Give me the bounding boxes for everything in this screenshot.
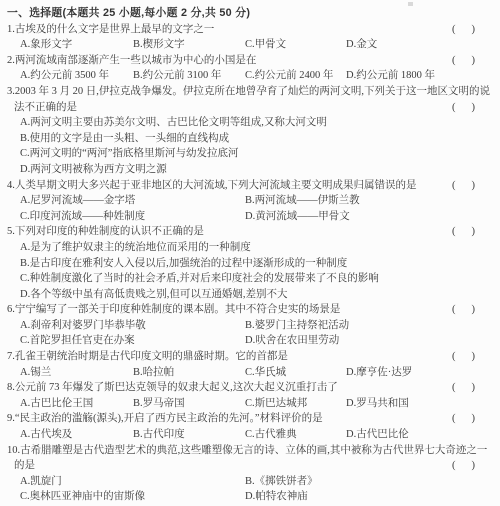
answer-bracket: () [452, 302, 493, 318]
option-c: C.甲骨文 [245, 37, 346, 53]
option-c: C.斯巴达城邦 [245, 396, 346, 412]
bracket-close-paren: ) [472, 351, 476, 362]
question-stem: 7.孔雀王朝统治时期是古代印度文明的鼎盛时期。它的首都是 [7, 349, 452, 365]
options-row: A.象形文字 B.楔形文字 C.甲骨文 D.金文 [7, 37, 493, 53]
question-stem: 9.“民主政治的滥觞(源头),开启了西方民主政治的先河。”材料评价的是 [7, 411, 452, 427]
question-1: 1.古埃及的什么文字是世界上最早的文字之一 () A.象形文字 B.楔形文字 C… [7, 22, 493, 53]
bracket-open-paren: ( [452, 102, 456, 113]
bracket-close-paren: ) [472, 304, 476, 315]
option-a: A.尼罗河流域——金字塔 [20, 193, 245, 209]
question-stem: 8.公元前 73 年爆发了斯巴达克领导的奴隶大起义,这次大起义沉重打击了 [7, 380, 452, 396]
option-b: B.婆罗门主持祭祀活动 [245, 318, 493, 334]
option-d: D.罗马共和国 [346, 396, 493, 412]
option-c: C.两河文明的“两河”指底格里斯河与幼发拉底河 [7, 146, 493, 162]
option-c: C.首陀罗担任官吏在办案 [20, 333, 245, 349]
question-10: 10.古希腊雕塑是古代造型艺术的典范,这些雕塑像无言的诗、立体的画,其中被称为古… [7, 443, 493, 505]
section-header: 一、选择题(本题共 25 小题,每小题 2 分,共 50 分) [7, 6, 493, 22]
option-a: A.凯旋门 [20, 474, 245, 490]
answer-bracket: () [452, 178, 493, 194]
question-stem: 1.古埃及的什么文字是世界上最早的文字之一 [7, 22, 452, 38]
option-b: B.哈拉帕 [133, 365, 245, 381]
options-row: A.古代埃及 B.古代印度 C.古代雅典 D.古代巴比伦 [7, 427, 493, 443]
bracket-open-paren: ( [452, 180, 456, 191]
bracket-open-paren: ( [452, 304, 456, 315]
option-d: D.黄河流域——甲骨文 [245, 209, 493, 225]
bracket-close-paren: ) [472, 460, 476, 471]
option-c: C.印度河流域——种姓制度 [20, 209, 245, 225]
option-a: A.锡兰 [20, 365, 133, 381]
bracket-close-paren: ) [472, 102, 476, 113]
bracket-open-paren: ( [452, 226, 456, 237]
option-a: A.象形文字 [20, 37, 133, 53]
exam-paper-page: 一、选择题(本题共 25 小题,每小题 2 分,共 50 分) 1.古埃及的什么… [0, 0, 500, 506]
options-row: A.约公元前 3500 年 B.约公元前 3100 年 C.约公元前 2400 … [7, 68, 493, 84]
bracket-open-paren: ( [452, 55, 456, 66]
option-a: A.刹帝利对婆罗门毕恭毕敬 [20, 318, 245, 334]
bracket-open-paren: ( [452, 351, 456, 362]
option-a: A.是为了维护奴隶主的统治地位而采用的一种制度 [7, 240, 493, 256]
option-a: A.两河文明主要由苏美尔文明、古巴比伦文明等组成,又称大河文明 [7, 115, 493, 131]
options-row: A.凯旋门 B.《掷铁饼者》 [7, 474, 493, 490]
option-d: D.吠舍在农田里劳动 [245, 333, 493, 349]
option-d: D.古代巴比伦 [346, 427, 493, 443]
bracket-close-paren: ) [472, 180, 476, 191]
answer-bracket: () [452, 22, 493, 38]
option-b: B.罗马帝国 [133, 396, 245, 412]
options-row: C.印度河流域——种姓制度 D.黄河流域——甲骨文 [7, 209, 493, 225]
bracket-close-paren: ) [472, 226, 476, 237]
options-row: A.刹帝利对婆罗门毕恭毕敬 B.婆罗门主持祭祀活动 [7, 318, 493, 334]
options-row: A.古巴比伦王国 B.罗马帝国 C.斯巴达城邦 D.罗马共和国 [7, 396, 493, 412]
question-stem: 5.下列对印度的种姓制度的认识不正确的是 [7, 224, 452, 240]
answer-bracket: () [452, 349, 493, 365]
option-b: B.楔形文字 [133, 37, 245, 53]
scan-artifact-dot [408, 2, 413, 6]
option-d: D.金文 [346, 37, 493, 53]
answer-bracket: () [452, 100, 493, 116]
option-d: D.帕特农神庙 [245, 489, 493, 505]
question-stem-line1: 10.古希腊雕塑是古代造型艺术的典范,这些雕塑像无言的诗、立体的画,其中被称为古… [7, 443, 493, 459]
answer-bracket: () [452, 224, 493, 240]
option-b: B.约公元前 3100 年 [133, 68, 245, 84]
question-7: 7.孔雀王朝统治时期是古代印度文明的鼎盛时期。它的首都是 () A.锡兰 B.哈… [7, 349, 493, 380]
option-c: C.约公元前 2400 年 [245, 68, 346, 84]
options-row: A.尼罗河流域——金字塔 B.两河流域——伊斯兰教 [7, 193, 493, 209]
option-a: A.古巴比伦王国 [20, 396, 133, 412]
option-b: B.两河流域——伊斯兰教 [245, 193, 493, 209]
option-b: B.是古印度在雅利安人入侵以后,加强统治的过程中逐渐形成的一种制度 [7, 256, 493, 272]
option-d: D.两河文明被称为西方文明之源 [7, 162, 493, 178]
question-3: 3.2003 年 3 月 20 日,伊拉克战争爆发。伊拉克所在地曾孕育了灿烂的两… [7, 84, 493, 178]
bracket-close-paren: ) [472, 55, 476, 66]
bracket-close-paren: ) [472, 24, 476, 35]
option-d: D.各个等级中虽有高低贵贱之别,但可以互通婚姻,差别不大 [7, 287, 493, 303]
option-d: D.摩亨佐·达罗 [346, 365, 493, 381]
question-6: 6.宁宁编写了一部关于印度种姓制度的课本剧。其中不符合史实的场景是 () A.刹… [7, 302, 493, 349]
bracket-open-paren: ( [452, 382, 456, 393]
question-8: 8.公元前 73 年爆发了斯巴达克领导的奴隶大起义,这次大起义沉重打击了 () … [7, 380, 493, 411]
option-c: C.华氏城 [245, 365, 346, 381]
bracket-open-paren: ( [452, 460, 456, 471]
option-b: B.《掷铁饼者》 [245, 474, 493, 490]
bracket-open-paren: ( [452, 413, 456, 424]
question-stem-line1: 3.2003 年 3 月 20 日,伊拉克战争爆发。伊拉克所在地曾孕育了灿烂的两… [7, 84, 493, 100]
answer-bracket: () [452, 458, 493, 474]
question-9: 9.“民主政治的滥觞(源头),开启了西方民主政治的先河。”材料评价的是 () A… [7, 411, 493, 442]
bracket-open-paren: ( [452, 24, 456, 35]
option-d: D.约公元前 1800 年 [346, 68, 493, 84]
bracket-close-paren: ) [472, 413, 476, 424]
answer-bracket: () [452, 53, 493, 69]
option-c: C.古代雅典 [245, 427, 346, 443]
option-c: C.种姓制度激化了当时的社会矛盾,并对后来印度社会的发展带来了不良的影响 [7, 271, 493, 287]
question-stem: 2.两河流域南部逐渐产生一些以城市为中心的小国是在 [7, 53, 452, 69]
answer-bracket: () [452, 380, 493, 396]
option-a: A.古代埃及 [20, 427, 133, 443]
options-row: C.首陀罗担任官吏在办案 D.吠舍在农田里劳动 [7, 333, 493, 349]
option-a: A.约公元前 3500 年 [20, 68, 133, 84]
option-b: B.古代印度 [133, 427, 245, 443]
question-stem: 6.宁宁编写了一部关于印度种姓制度的课本剧。其中不符合史实的场景是 [7, 302, 452, 318]
question-stem: 4.人类早期文明大多兴起于亚非地区的大河流域,下列大河流域主要文明成果归属错误的… [7, 178, 452, 194]
question-2: 2.两河流域南部逐渐产生一些以城市为中心的小国是在 () A.约公元前 3500… [7, 53, 493, 84]
question-5: 5.下列对印度的种姓制度的认识不正确的是 () A.是为了维护奴隶主的统治地位而… [7, 224, 493, 302]
option-c: C.奥林匹亚神庙中的宙斯像 [20, 489, 245, 505]
options-row: A.锡兰 B.哈拉帕 C.华氏城 D.摩亨佐·达罗 [7, 365, 493, 381]
bracket-close-paren: ) [472, 382, 476, 393]
question-4: 4.人类早期文明大多兴起于亚非地区的大河流域,下列大河流域主要文明成果归属错误的… [7, 178, 493, 225]
answer-bracket: () [452, 411, 493, 427]
question-stem-line2: 法不正确的是 [7, 100, 452, 116]
options-row: C.奥林匹亚神庙中的宙斯像 D.帕特农神庙 [7, 489, 493, 505]
option-b: B.使用的文字是由一头粗、一头细的直线构成 [7, 131, 493, 147]
question-stem-line2: 的是 [7, 458, 452, 474]
